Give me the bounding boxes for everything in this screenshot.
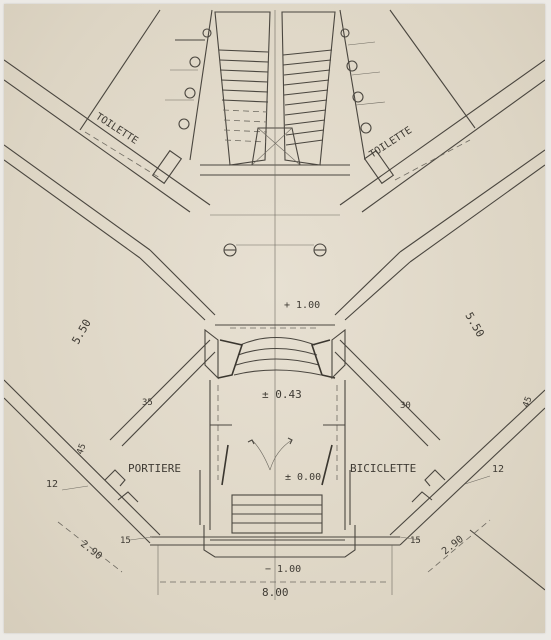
left-toilet-block (80, 10, 212, 183)
drawing-sheet: TOILETTE TOILETTE PORTIERE BICICLETTE + … (4, 4, 545, 633)
label-porter: PORTIERE (128, 462, 181, 475)
right-wing-walls (335, 60, 545, 590)
dim-left-outer-wall: 45 (75, 442, 88, 456)
right-staircase (282, 12, 335, 165)
level-exterior: − 1.00 (265, 564, 301, 575)
label-toilet-right: TOILETTE (368, 125, 414, 160)
dim-left-pier: 12 (46, 479, 58, 490)
dim-left-wing: 2.90 (78, 539, 104, 563)
central-hall (210, 10, 340, 600)
dim-front-width: 8.00 (262, 586, 289, 599)
dimension-labels: 5.50 5.50 35 30 45 45 12 12 15 15 2.90 2… (46, 310, 535, 599)
left-staircase (215, 12, 270, 165)
room-labels: TOILETTE TOILETTE PORTIERE BICICLETTE (93, 111, 416, 475)
dim-right-wall: 30 (400, 401, 411, 411)
label-bicycles: BICICLETTE (350, 462, 416, 475)
porter-room-walls (105, 470, 200, 525)
dim-right-outer-wall: 45 (521, 395, 534, 409)
level-vestibule: ± 0.43 (262, 388, 302, 401)
dim-left-diagonal: 5.50 (69, 317, 94, 346)
floor-plan-drawing: TOILETTE TOILETTE PORTIERE BICICLETTE + … (4, 4, 545, 633)
vestibule (210, 380, 345, 530)
level-labels: + 1.00 ± 0.43 ± 0.00 − 1.00 (262, 300, 321, 575)
dim-right-diagonal: 5.50 (462, 310, 487, 339)
left-wing-walls (4, 60, 215, 543)
dim-right-pier: 12 (492, 464, 504, 475)
dim-right-corner: 15 (410, 536, 421, 546)
dim-left-corner: 15 (120, 536, 131, 546)
label-toilet-left: TOILETTE (93, 111, 139, 146)
level-entrance: ± 0.00 (285, 472, 321, 483)
dim-left-wall: 35 (142, 398, 153, 408)
dim-right-wing: 2.90 (440, 534, 466, 558)
level-upper-landing: + 1.00 (284, 300, 320, 311)
